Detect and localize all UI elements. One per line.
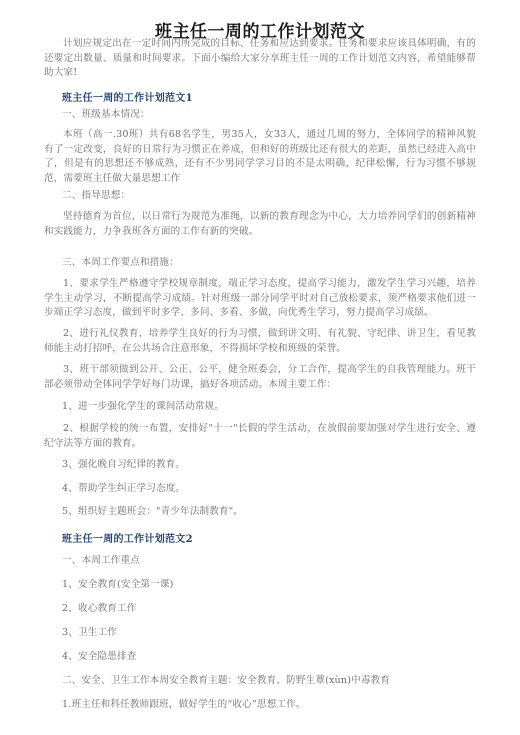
focus-item-1: 1、安全教育(安全第一课) [62,578,476,593]
paragraph-point-2: 2、进行礼仪教育，培养学生良好的行为习惯，做到讲文明、有礼貌、守纪律、讲卫生，看… [44,327,476,356]
subheading-class-situation: 一、班级基本情况： [62,108,476,123]
list-item-1: 1、进一步强化学生的课间活动常规。 [62,400,476,415]
list-item-5: 5、组织好主题班会："青少年法制教育"。 [62,505,476,520]
paragraph-guiding-idea: 坚持德育为首位，以日常行为规范为准绳，以新的教育理念为中心，大力培养同学们的创新… [44,210,476,239]
paragraph-point-1: 1、要求学生严格遵守学校规章制度，端正学习态度，提高学习能力，激发学生学习兴趣，… [44,277,476,321]
subheading-guiding-idea: 二、指导思想： [62,189,476,204]
list-item-4: 4、帮助学生纠正学习态度。 [62,482,476,497]
paragraph-point-3: 3、班干部须做到公开、公正、公平，健全班委会，分工合作，提高学生的自我管理能力。… [44,363,476,392]
subheading-weekly-focus: 一、本周工作重点 [62,554,476,569]
subheading-safety-hygiene: 二、安全、卫生工作本周安全教育主题：安全教育、防野生蕈(xùn)中毒教育 [62,674,476,689]
focus-item-2: 2、收心教育工作 [62,602,476,617]
document-page: 班主任一周的工作计划范文 计划应规定出在一定时间内所完成的目标、任务和应达到要求… [0,0,520,735]
intro-paragraph: 计划应规定出在一定时间内所完成的目标、任务和应达到要求。任务和要求应该具体明确，… [44,37,476,81]
list-item-3: 3、强化晚自习纪律的教育。 [62,458,476,473]
safety-item-1: 1.班主任和科任教师跟班，做好学生的“收心”思想工作。 [62,698,476,713]
focus-item-4: 4、安全隐患排查 [62,650,476,665]
subheading-weekly-points: 三、本周工作要点和措施： [62,256,476,271]
section-heading-1: 班主任一周的工作计划范文1 [62,89,193,104]
paragraph-class-situation: 本班（高一.30班）共有68名学生，男35人，女33人，通过几周的努力，全体同学… [44,128,476,186]
list-item-2: 2、根据学校的统一布置，安排好"十一"长假的学生活动，在放假前要加强对学生进行安… [44,422,476,451]
focus-item-3: 3、卫生工作 [62,626,476,641]
section-heading-2: 班主任一周的工作计划范文2 [62,530,193,545]
